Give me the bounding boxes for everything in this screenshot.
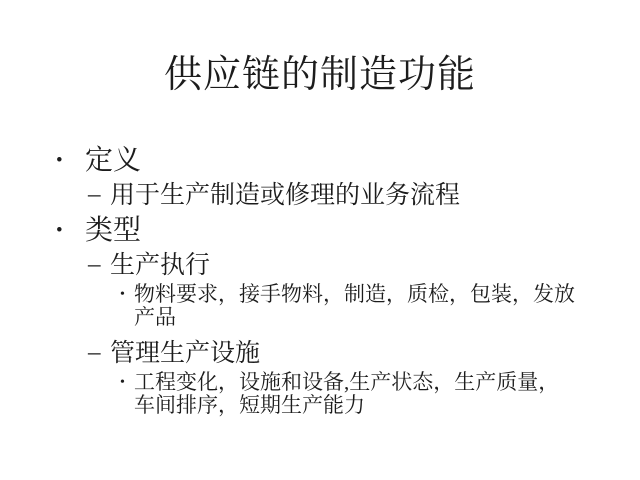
dash-icon: – — [88, 336, 110, 369]
bullet-icon: • — [120, 283, 134, 306]
bullet-text: 生产执行 — [110, 248, 210, 283]
bullet-item: • 物料要求，接手物料，制造，质检，包装，发放产品 — [0, 283, 640, 329]
bullet-item: – 用于生产制造或修理的业务流程 — [0, 178, 640, 213]
bullet-text: 定义 — [85, 143, 141, 178]
bullet-text: 类型 — [85, 213, 141, 248]
bullet-item: • 定义 — [0, 143, 640, 178]
bullet-text: 工程变化，设施和设备,生产状态，生产质量，车间排序，短期生产能力 — [134, 371, 579, 417]
slide-title: 供应链的制造功能 — [0, 52, 640, 98]
dash-icon: – — [88, 248, 110, 281]
bullet-text: 用于生产制造或修理的业务流程 — [110, 178, 460, 213]
bullet-text: 物料要求，接手物料，制造，质检，包装，发放产品 — [134, 283, 579, 329]
bullet-item: – 管理生产设施 — [0, 336, 640, 371]
bullet-text: 管理生产设施 — [110, 336, 260, 371]
slide: 供应链的制造功能 • 定义 – 用于生产制造或修理的业务流程 • 类型 – 生产… — [0, 0, 640, 480]
bullet-icon: • — [120, 371, 134, 394]
bullet-list: • 定义 – 用于生产制造或修理的业务流程 • 类型 – 生产执行 • 物料要求… — [0, 143, 640, 417]
bullet-item: – 生产执行 — [0, 248, 640, 283]
bullet-item: • 类型 — [0, 213, 640, 248]
bullet-item: • 工程变化，设施和设备,生产状态，生产质量，车间排序，短期生产能力 — [0, 371, 640, 417]
dash-icon: – — [88, 178, 110, 211]
bullet-icon: • — [56, 213, 85, 248]
bullet-icon: • — [56, 143, 85, 178]
